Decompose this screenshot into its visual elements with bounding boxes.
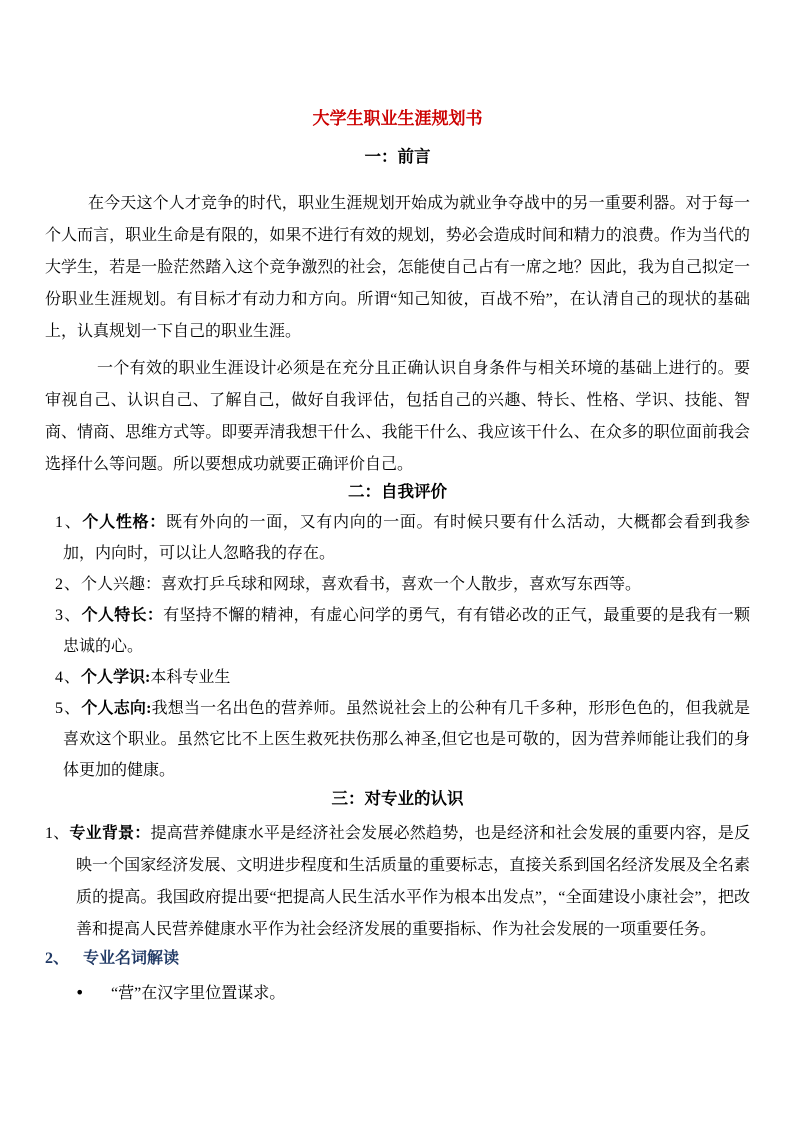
item-text: 既有外向的一面，又有内向的一面。有时候只要有什么活动，大概都会看到我参加，内向时… <box>63 514 750 562</box>
item-number: 3、 <box>55 607 82 624</box>
list-item-personality: 1、个人性格：既有外向的一面，又有内向的一面。有时候只要有什么活动，大概都会看到… <box>55 507 750 569</box>
major-terms-heading: 2、专业名词解读 <box>45 948 750 970</box>
list-item-strengths: 3、个人特长：有坚持不懈的精神，有虚心问学的勇气，有有错必改的正气，最重要的是我… <box>55 600 750 662</box>
section-heading-self-evaluation: 二：自我评价 <box>45 481 750 503</box>
item-label: 个人特长： <box>82 607 164 624</box>
bullet-icon: • <box>75 982 111 1004</box>
document-title: 大学生职业生涯规划书 <box>45 108 750 130</box>
item-text: 喜欢打乒乓球和网球，喜欢看书，喜欢一个人散步，喜欢写东西等。 <box>161 576 641 593</box>
item-text: 我想当一名出色的营养师。虽然说社会上的公种有几千多种，形形色色的，但我就是喜欢这… <box>63 700 750 779</box>
preface-paragraph-2: 一个有效的职业生涯设计必须是在充分且正确认识自身条件与相关环境的基础上进行的。要… <box>45 353 750 481</box>
item-text: 提高营养健康水平是经济社会发展必然趋势，也是经济和社会发展的重要内容，是反映一个… <box>76 825 750 938</box>
item-label: 专业名词解读 <box>83 950 179 967</box>
self-evaluation-list: 1、个人性格：既有外向的一面，又有内向的一面。有时候只要有什么活动，大概都会看到… <box>45 507 750 786</box>
list-item-education: 4、个人学识:本科专业生 <box>55 662 750 693</box>
item-number: 5、 <box>55 700 81 717</box>
item-number: 1、 <box>45 825 69 842</box>
item-label: 个人性格： <box>82 514 166 531</box>
item-number: 4、 <box>55 669 81 686</box>
document-page: 大学生职业生涯规划书 一：前言 在今天这个人才竞争的时代，职业生涯规划开始成为就… <box>0 0 793 1122</box>
section-heading-preface: 一：前言 <box>45 146 750 168</box>
major-background-item: 1、专业背景：提高营养健康水平是经济社会发展必然趋势，也是经济和社会发展的重要内… <box>45 818 750 946</box>
item-text: 有坚持不懈的精神，有虚心问学的勇气，有有错必改的正气，最重要的是我有一颗忠诚的心… <box>63 607 750 655</box>
bullet-text: “营”在汉字里位置谋求。 <box>111 985 285 1002</box>
terms-bullet-item: •“营”在汉字里位置谋求。 <box>75 982 750 1005</box>
item-label: 专业背景： <box>69 825 150 842</box>
item-number: 2、 <box>45 950 69 967</box>
item-number: 2、 <box>55 576 81 593</box>
item-text: 本科专业生 <box>150 669 230 686</box>
item-label: 个人兴趣： <box>81 576 161 593</box>
item-label: 个人学识: <box>81 669 150 686</box>
list-item-aspiration: 5、个人志向:我想当一名出色的营养师。虽然说社会上的公种有几千多种，形形色色的，… <box>55 693 750 786</box>
section-heading-major-understanding: 三：对专业的认识 <box>45 788 750 810</box>
preface-paragraph-1: 在今天这个人才竞争的时代，职业生涯规划开始成为就业争夺战中的另一重要利器。对于每… <box>45 188 750 348</box>
item-number: 1、 <box>55 514 82 531</box>
list-item-interests: 2、个人兴趣：喜欢打乒乓球和网球，喜欢看书，喜欢一个人散步，喜欢写东西等。 <box>55 569 750 600</box>
item-label: 个人志向: <box>81 700 151 717</box>
